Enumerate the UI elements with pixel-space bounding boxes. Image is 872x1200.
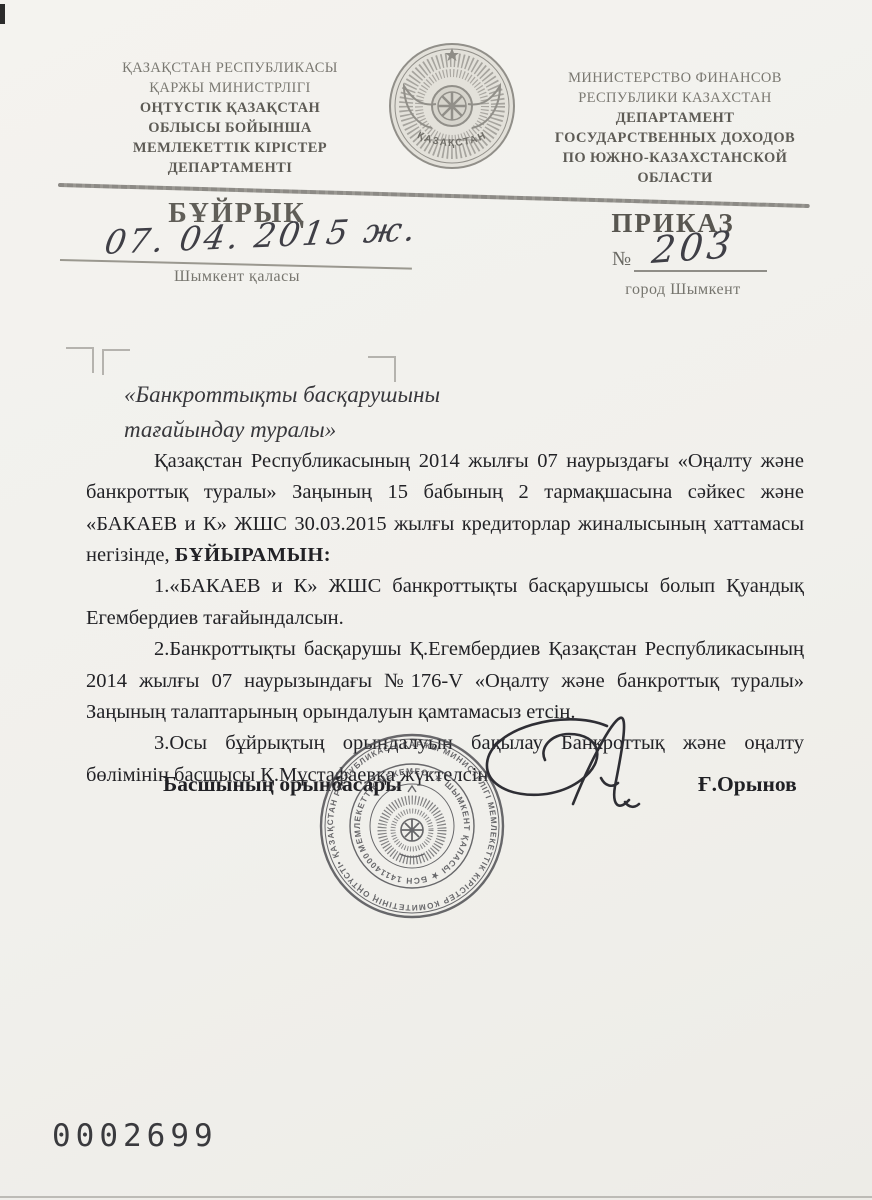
org-line: МИНИСТЕРСТВО ФИНАНСОВ — [528, 68, 822, 88]
order-item-1: 1.«БАКАЕВ и К» ЖШС банкроттықты басқаруш… — [86, 571, 804, 634]
scan-edge-artifact — [0, 4, 5, 24]
org-line: ҚАРЖЫ МИНИСТРЛІГІ — [88, 78, 372, 98]
org-line: ДЕПАРТАМЕНТ — [528, 108, 822, 128]
number-sign-label: № — [612, 248, 631, 271]
corner-registration-mark — [102, 349, 130, 375]
org-line: ОБЛЫСЫ БОЙЫНША — [88, 118, 372, 138]
org-line: ҚАЗАҚСТАН РЕСПУБЛИКАСЫ — [88, 58, 372, 78]
kazakhstan-emblem-icon: ҚАЗАҚСТАН — [384, 40, 520, 181]
org-line: ДЕПАРТАМЕНТІ — [88, 158, 372, 178]
stamp-emblem-icon — [382, 786, 442, 860]
scan-bottom-edge — [0, 1196, 872, 1198]
org-line: МЕМЛЕКЕТТІК КІРІСТЕР — [88, 138, 372, 158]
org-line: ПО ЮЖНО-КАЗАХСТАНСКОЙ — [528, 148, 822, 168]
handwritten-order-number: 203 — [650, 223, 737, 272]
preamble-paragraph: Қазақстан Республикасының 2014 жылғы 07 … — [86, 446, 804, 571]
subject-line: «Банкроттықты басқарушыны — [124, 378, 454, 413]
org-line: ОҢТҮСТІК ҚАЗАҚСТАН — [88, 98, 372, 118]
scanned-order-document: ҚАЗАҚСТАН РЕСПУБЛИКАСЫ ҚАРЖЫ МИНИСТРЛІГІ… — [0, 0, 872, 1200]
number-underline — [634, 270, 767, 272]
city-label-kazakh: Шымкент қаласы — [92, 268, 382, 286]
org-line: ОБЛАСТИ — [528, 168, 822, 188]
letterhead-org-kazakh: ҚАЗАҚСТАН РЕСПУБЛИКАСЫ ҚАРЖЫ МИНИСТРЛІГІ… — [88, 58, 372, 178]
org-line: РЕСПУБЛИКИ КАЗАХСТАН — [528, 88, 822, 108]
signer-name: Ғ.Орынов — [698, 772, 797, 797]
order-verb-bold: БҰЙЫРАМЫН: — [175, 544, 331, 566]
signature-scribble — [455, 706, 645, 851]
city-label-russian: город Шымкент — [608, 281, 758, 299]
form-serial-number: 0002699 — [52, 1118, 218, 1154]
order-subject: «Банкроттықты басқарушыны тағайындау тур… — [124, 378, 454, 447]
subject-line: тағайындау туралы» — [124, 413, 454, 448]
corner-registration-mark — [66, 347, 94, 373]
letterhead-org-russian: МИНИСТЕРСТВО ФИНАНСОВ РЕСПУБЛИКИ КАЗАХСТ… — [528, 68, 822, 188]
order-item-2: 2.Банкроттықты басқарушы Қ.Егембердиев Қ… — [86, 634, 804, 728]
org-line: ГОСУДАРСТВЕННЫХ ДОХОДОВ — [528, 128, 822, 148]
